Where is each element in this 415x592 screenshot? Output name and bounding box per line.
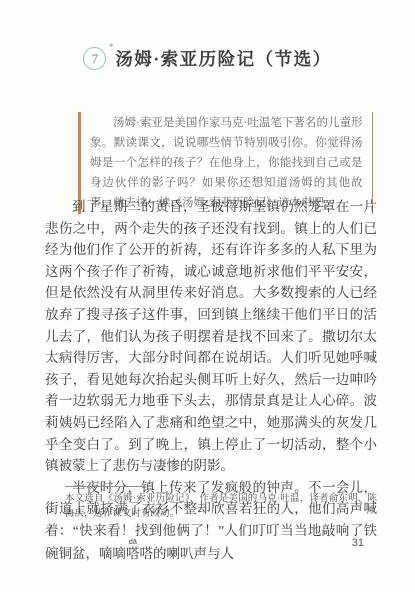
footnote: 本文选自《汤姆·索亚历险记》，作者是美国的马克·吐温，译者俞东明、陈海庆，选作课…: [65, 486, 377, 521]
lesson-asterisk: *: [109, 43, 114, 52]
footnote-text: 本文选自《汤姆·索亚历险记》，作者是美国的马克·吐温，译者俞东明、陈海庆，选作课…: [65, 492, 377, 521]
paragraph-1: 到了星期二的黄昏，圣彼得斯堡镇仍然笼罩在一片悲伤之中，两个走失的孩子还没有找到。…: [45, 196, 377, 477]
paragraph-2-text-after: 嗒的喇叭声与人: [140, 546, 235, 561]
pinyin-annotated-char: 嗒dā: [126, 546, 140, 561]
lesson-number: 7: [83, 47, 106, 70]
textbook-page: 7 * 汤姆·索亚历险记（节选） 汤姆·索亚是美国作家马克·吐温笔下著名的儿童形…: [0, 0, 415, 592]
ruby-base-char: 嗒: [126, 546, 140, 561]
lesson-title-row: 7 * 汤姆·索亚历险记（节选）: [0, 46, 415, 71]
footnote-rule: [65, 486, 145, 487]
lesson-number-badge: 7 *: [83, 47, 106, 70]
page-number: 31: [352, 537, 364, 549]
lesson-title: 汤姆·索亚历险记（节选）: [115, 46, 331, 71]
pinyin-label: dā: [126, 537, 140, 546]
